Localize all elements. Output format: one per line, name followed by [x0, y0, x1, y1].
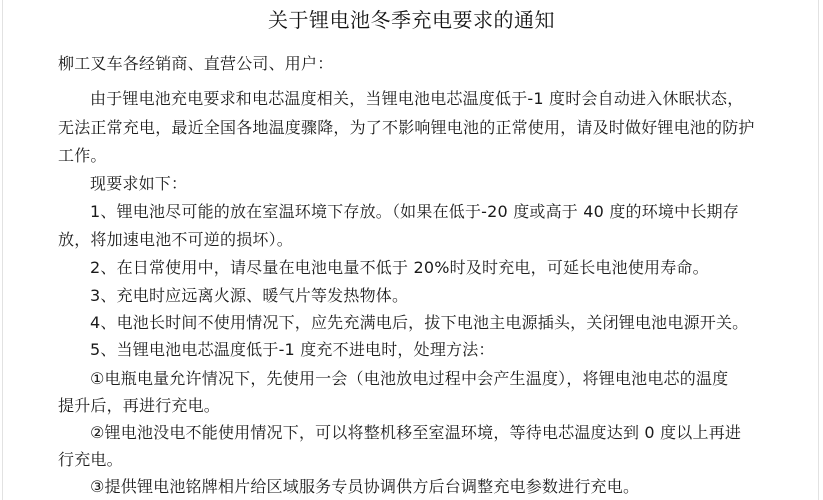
salutation: 柳工叉车各经销商、直营公司、用户：: [58, 53, 333, 75]
requirement-3: 3、充电时应远离火源、暖气片等发热物体。: [90, 285, 408, 307]
requirement-4: 4、电池长时间不使用情况下，应先充满电后，拔下电池主电源插头，关闭锂电池电源开关…: [90, 312, 748, 334]
method-1-line-2: 提升后，再进行充电。: [58, 395, 220, 417]
page-edge-right: [818, 0, 819, 500]
intro-line-2: 无法正常充电，最近全国各地温度骤降，为了不影响锂电池的正常使用，请及时做好锂电池…: [58, 117, 755, 139]
method-1-line-1: ①电瓶电量允许情况下，先使用一会（电池放电过程中会产生温度），将锂电池电芯的温度: [90, 368, 728, 390]
requirement-5: 5、当锂电池电芯温度低于-1 度充不进电时，处理方法：: [90, 339, 495, 361]
requirements-heading: 现要求如下：: [90, 173, 187, 195]
requirement-1-line-2: 放，将加速电池不可逆的损坏）。: [58, 229, 293, 251]
method-2-line-2: 行充电。: [58, 449, 123, 471]
intro-line-3: 工作。: [58, 145, 107, 167]
method-3: ③提供锂电池铭牌相片给区域服务专员协调供方后台调整充电参数进行充电。: [90, 476, 639, 498]
document-title: 关于锂电池冬季充电要求的通知: [0, 6, 823, 34]
method-2-line-1: ②锂电池没电不能使用情况下，可以将整机移至室温环境，等待电芯温度达到 0 度以上…: [90, 422, 741, 444]
notice-document: 关于锂电池冬季充电要求的通知 柳工叉车各经销商、直营公司、用户： 由于锂电池充电…: [0, 0, 823, 500]
requirement-2: 2、在日常使用中，请尽量在电池电量不低于 20%时及时充电，可延长电池使用寿命。: [90, 257, 709, 279]
requirement-1-line-1: 1、锂电池尽可能的放在室温环境下存放。（如果在低于-20 度或高于 40 度的环…: [90, 201, 739, 223]
page-edge-left: [2, 0, 3, 500]
intro-line-1: 由于锂电池充电要求和电芯温度相关，当锂电池电芯温度低于-1 度时会自动进入休眠状…: [90, 88, 743, 110]
